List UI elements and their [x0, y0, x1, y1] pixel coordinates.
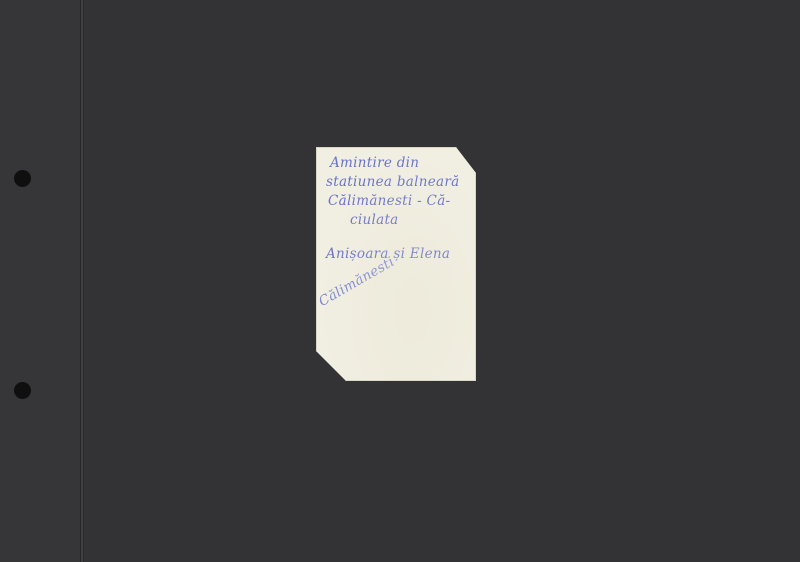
inscription-line: statiunea balneară — [326, 174, 460, 190]
inscription-names: Anișoara și Elena — [326, 246, 450, 262]
binding-hole-top — [14, 170, 31, 187]
inscription-line: Călimănesti - Că- — [328, 193, 450, 209]
photo-back: Amintire din statiunea balneară Călimăne… — [316, 147, 476, 381]
album-page: Amintire din statiunea balneară Călimăne… — [0, 0, 800, 562]
fold-line — [83, 0, 84, 562]
inscription-place: Călimănesti — [316, 254, 397, 310]
inscription-line: Amintire din — [330, 155, 419, 171]
inscription-line: ciulata — [350, 212, 399, 228]
binding-strip — [0, 0, 80, 562]
binding-hole-bottom — [14, 382, 31, 399]
